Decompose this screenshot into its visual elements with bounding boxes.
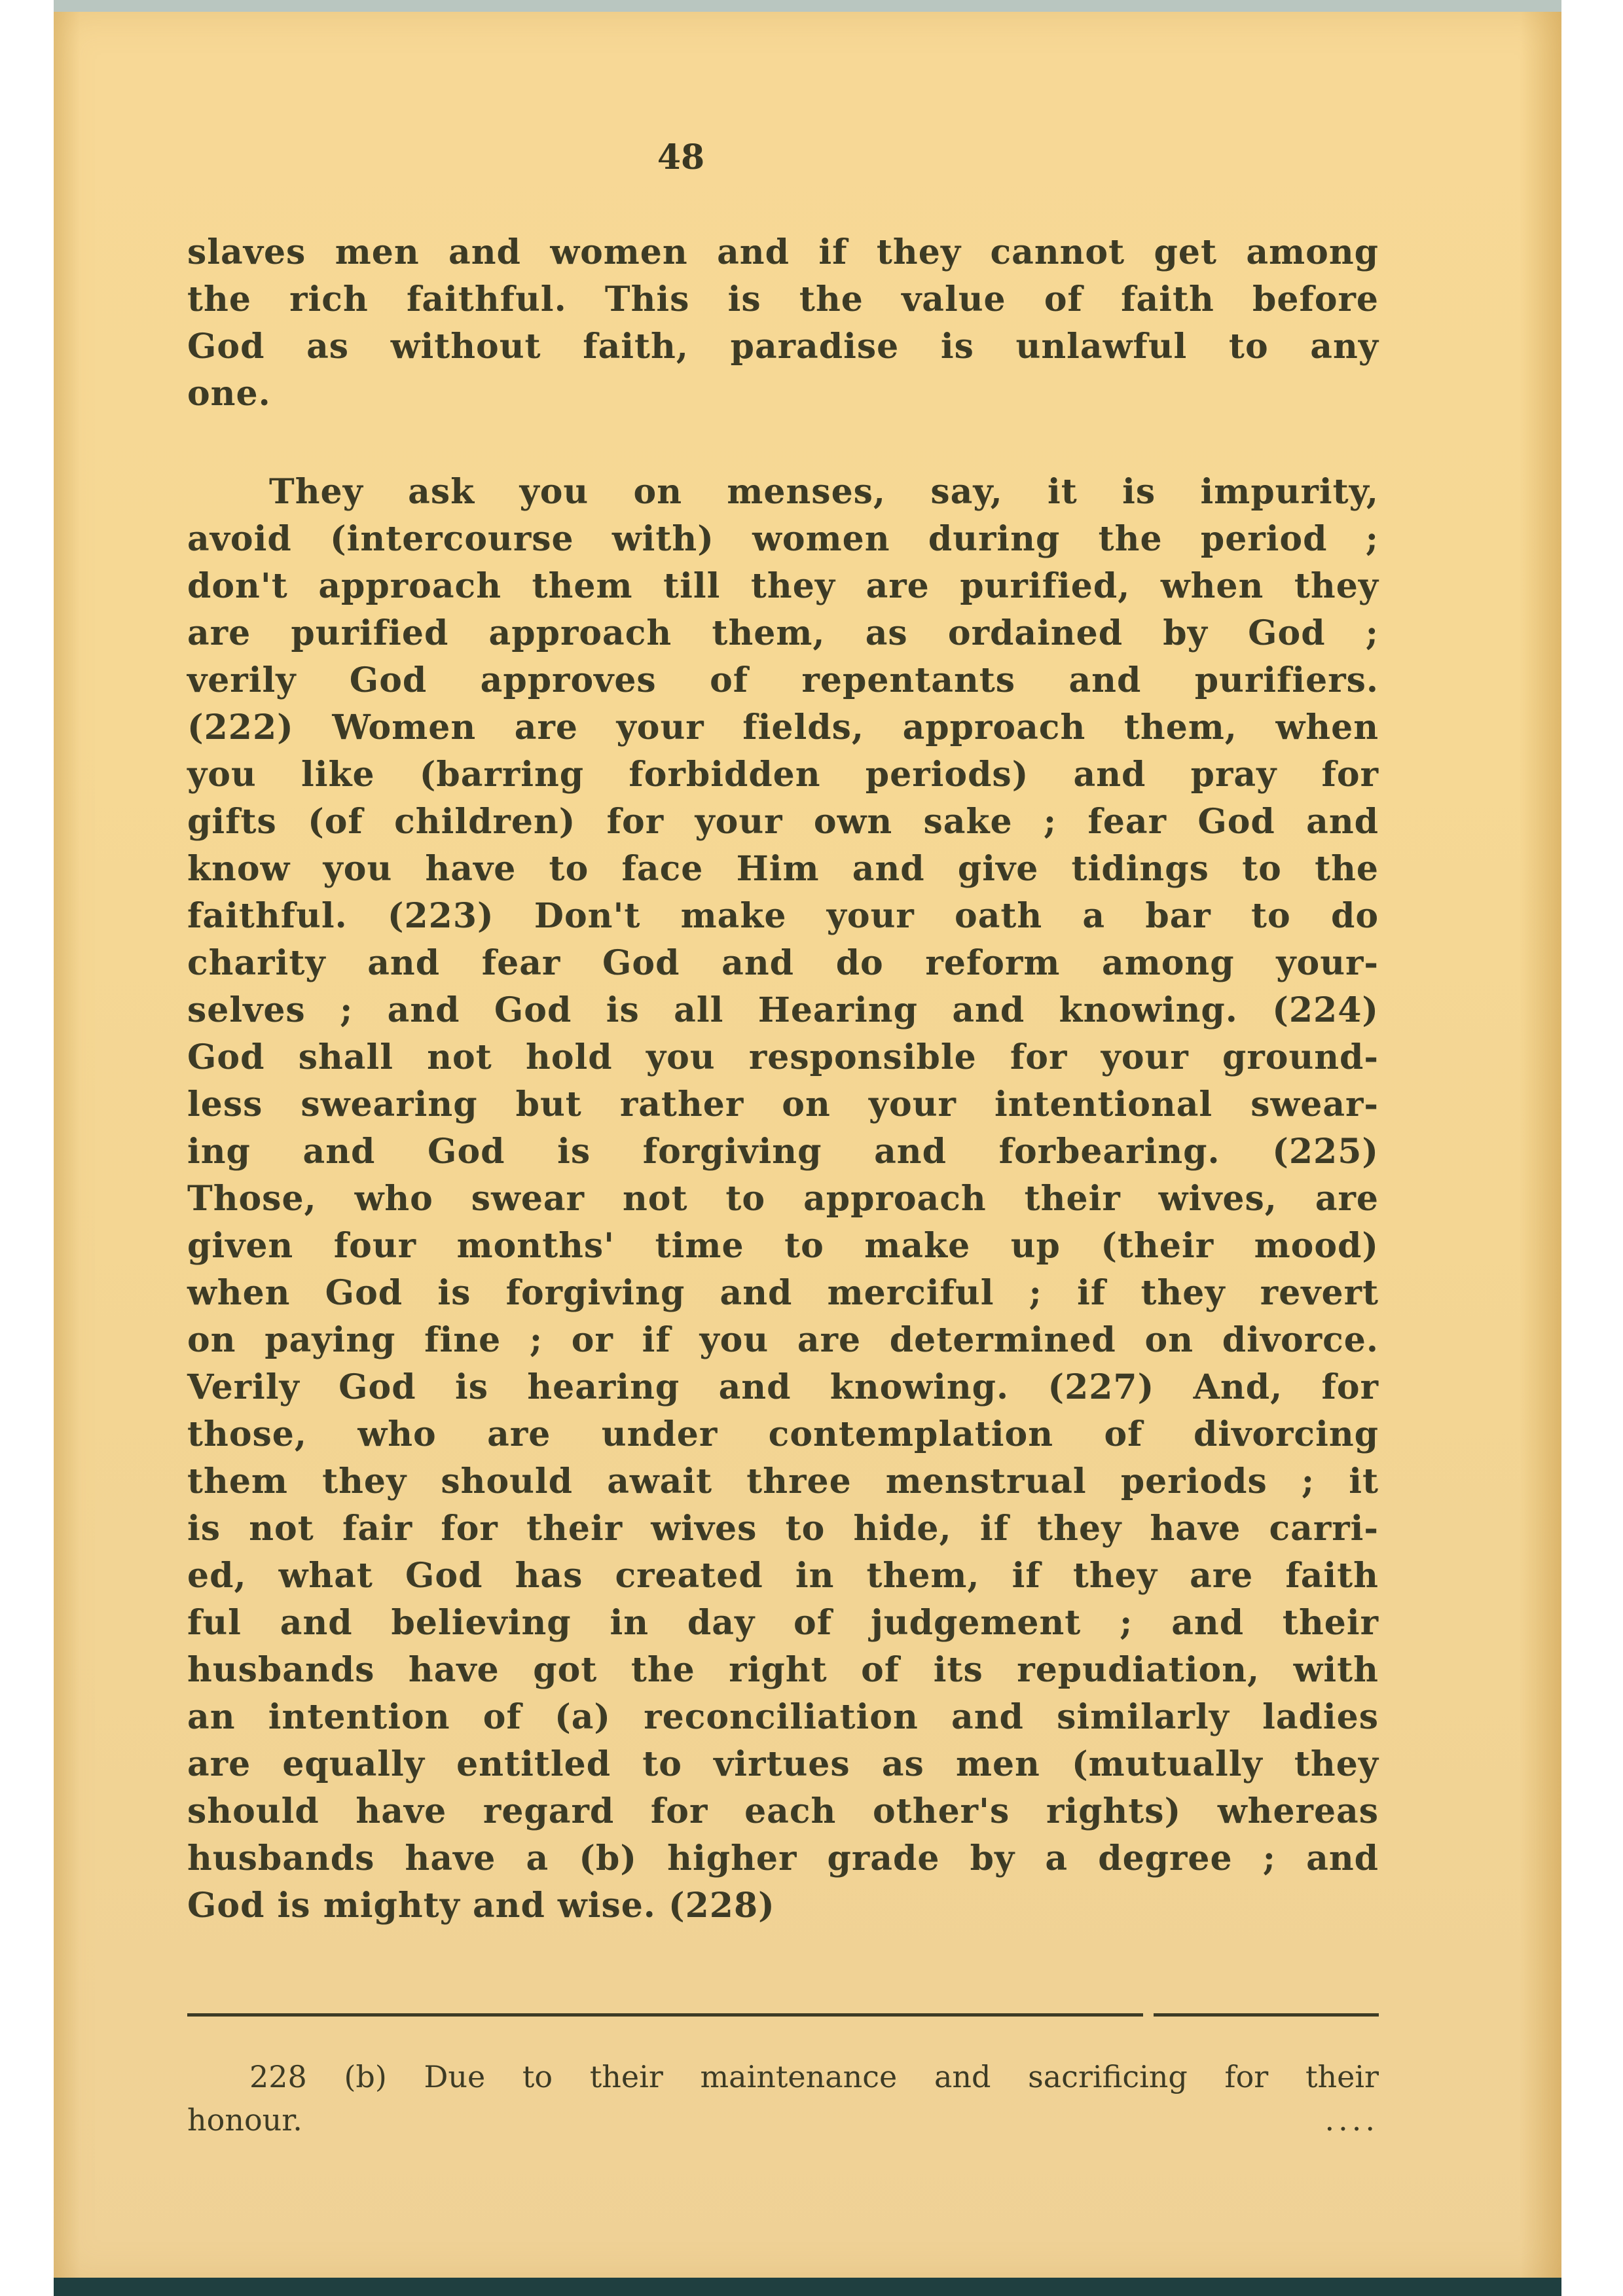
text-line: (222) Women are your fields, approach th… <box>187 704 1379 751</box>
text-line: less swearing but rather on your intenti… <box>187 1081 1379 1128</box>
footnote-line: 228 (b) Due to their maintenance and sac… <box>187 2055 1379 2098</box>
text-line: Those, who swear not to approach their w… <box>187 1175 1379 1223</box>
text-line: husbands have got the right of its repud… <box>187 1647 1379 1694</box>
text-line: God as without faith, paradise is unlawf… <box>187 323 1379 370</box>
text-line: the rich faithful. This is the value of … <box>187 276 1379 323</box>
text-line: given four months' time to make up (thei… <box>187 1223 1379 1270</box>
text-line: you like (barring forbidden periods) and… <box>187 751 1379 798</box>
text-line: selves ; and God is all Hearing and know… <box>187 987 1379 1034</box>
text-line: should have regard for each other's righ… <box>187 1788 1379 1835</box>
footnote-line-2: honour. .... <box>187 2098 1379 2142</box>
footnote-divider <box>187 2013 1379 2017</box>
text-line: God shall not hold you responsible for y… <box>187 1034 1379 1081</box>
text-line: ed, what God has created in them, if the… <box>187 1552 1379 1600</box>
text-line: those, who are under contemplation of di… <box>187 1411 1379 1458</box>
text-line: charity and fear God and do reform among… <box>187 940 1379 987</box>
scan-bottom-edge <box>54 2278 1561 2296</box>
text-line: ing and God is forgiving and forbearing.… <box>187 1128 1379 1175</box>
text-line: gifts (of children) for your own sake ; … <box>187 798 1379 846</box>
text-line: verily God approves of repentants and pu… <box>187 657 1379 704</box>
text-line: when God is forgiving and merciful ; if … <box>187 1270 1379 1317</box>
text-line: them they should await three menstrual p… <box>187 1458 1379 1505</box>
footnote-text: honour. <box>187 2098 302 2142</box>
page-number: 48 <box>642 137 720 177</box>
text-line: husbands have a (b) higher grade by a de… <box>187 1835 1379 1882</box>
text-line: ful and believing in day of judgement ; … <box>187 1600 1379 1647</box>
text-line: an intention of (a) reconciliation and s… <box>187 1694 1379 1741</box>
text-line: God is mighty and wise. (228) <box>187 1882 1379 1929</box>
text-line: one. <box>187 370 1379 418</box>
text-line: slaves men and women and if they cannot … <box>187 229 1379 276</box>
text-line: are purified approach them, as ordained … <box>187 610 1379 657</box>
text-line: Verily God is hearing and knowing. (227)… <box>187 1364 1379 1411</box>
continuation-marker: .... <box>1325 2098 1379 2142</box>
paragraph-2: They ask you on menses, say, it is impur… <box>187 469 1379 1929</box>
text-line: faithful. (223) Don't make your oath a b… <box>187 893 1379 940</box>
divider-segment <box>187 2013 1143 2017</box>
text-line: is not fair for their wives to hide, if … <box>187 1505 1379 1552</box>
scanned-page-background: 48 slaves men and women and if they cann… <box>0 0 1623 2296</box>
text-line: know you have to face Him and give tidin… <box>187 846 1379 893</box>
paragraph-1: slaves men and women and if they cannot … <box>187 229 1379 418</box>
text-line: on paying fine ; or if you are determine… <box>187 1317 1379 1364</box>
text-line: avoid (intercourse with) women during th… <box>187 516 1379 563</box>
footnote: 228 (b) Due to their maintenance and sac… <box>187 2055 1379 2142</box>
divider-segment <box>1154 2013 1379 2017</box>
text-line: are equally entitled to virtues as men (… <box>187 1741 1379 1788</box>
text-line: They ask you on menses, say, it is impur… <box>187 469 1379 516</box>
text-line: don't approach them till they are purifi… <box>187 563 1379 610</box>
